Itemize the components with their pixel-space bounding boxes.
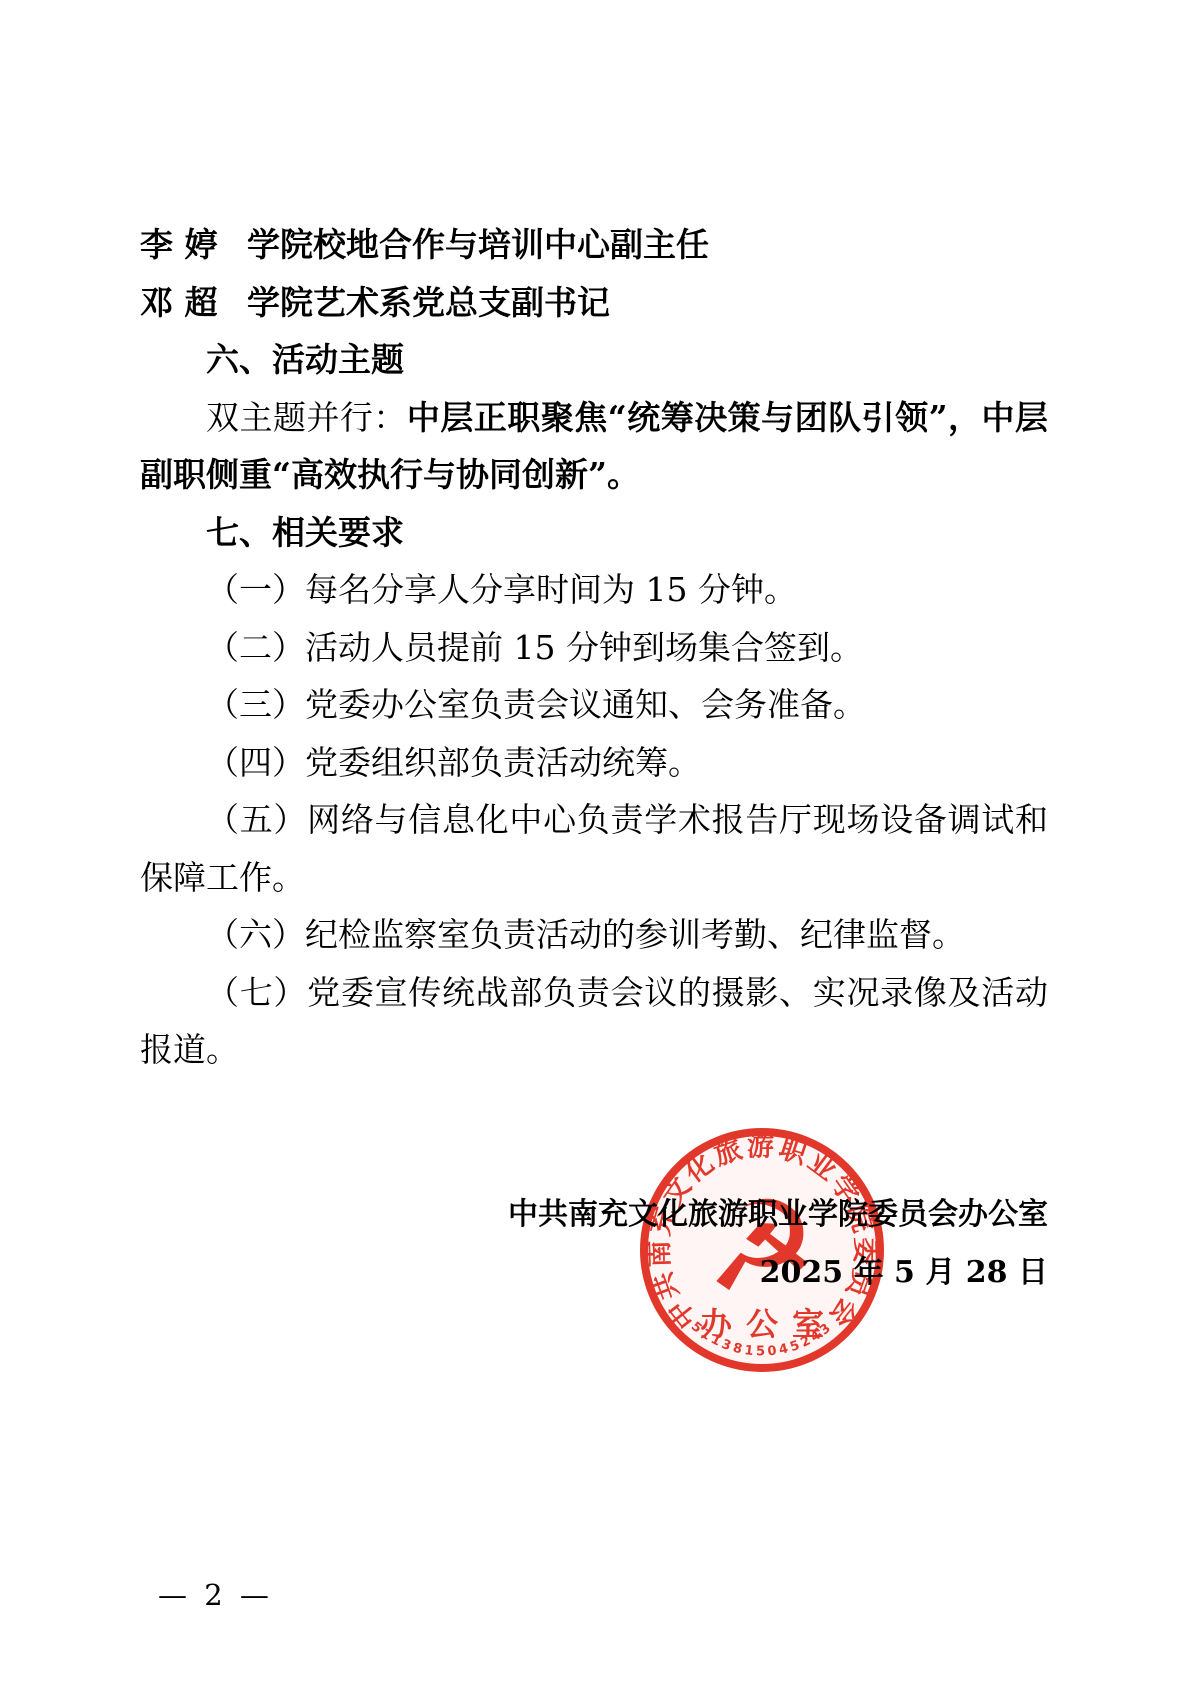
svg-text:5113815045243: 5113815045243 (688, 1319, 836, 1359)
seal-office-text: 办公室 (700, 1305, 838, 1343)
requirement-item: （七）党委宣传统战部负责会议的摄影、实况录像及活动报道。 (140, 964, 1048, 1079)
section-heading-requirements: 七、相关要求 (140, 504, 1048, 562)
requirement-item: （三）党委办公室负责会议通知、会务准备。 (140, 676, 1048, 734)
signature-org: 中共南充文化旅游职业学院委员会办公室 (140, 1193, 1048, 1237)
signature-date: 2025 年 5 月 28 日 (140, 1251, 1048, 1295)
attendee-title: 学院校地合作与培训中心副主任 (247, 225, 709, 264)
theme-paragraph: 双主题并行：中层正职聚焦“统筹决策与团队引领”，中层副职侧重“高效执行与协同创新… (140, 389, 1048, 504)
requirement-item: （二）活动人员提前 15 分钟到场集合签到。 (140, 619, 1048, 677)
seal-code-number: 5113815045243 (688, 1319, 836, 1359)
document-page: 李 婷 学院校地合作与培训中心副主任 邓 超 学院艺术系党总支副书记 六、活动主… (0, 0, 1191, 1684)
requirement-item: （一）每名分享人分享时间为 15 分钟。 (140, 561, 1048, 619)
attendee-title: 学院艺术系党总支副书记 (247, 283, 610, 322)
theme-lead: 双主题并行： (206, 398, 407, 437)
attendee-name: 邓 超 (140, 283, 218, 322)
page-number: — 2 — (158, 1578, 273, 1612)
requirement-item: （六）纪检监察室负责活动的参训考勤、纪律监督。 (140, 906, 1048, 964)
requirement-item: （五）网络与信息化中心负责学术报告厅现场设备调试和保障工作。 (140, 791, 1048, 906)
attendee-name: 李 婷 (140, 225, 218, 264)
document-body: 李 婷 学院校地合作与培训中心副主任 邓 超 学院艺术系党总支副书记 六、活动主… (140, 216, 1048, 1295)
attendee-row: 李 婷 学院校地合作与培训中心副主任 (140, 216, 1048, 274)
attendee-row: 邓 超 学院艺术系党总支副书记 (140, 274, 1048, 332)
signature-block: 中共南充文化旅游职业学院委员会办公室 2025 年 5 月 28 日 (140, 1193, 1048, 1295)
requirement-item: （四）党委组织部负责活动统筹。 (140, 734, 1048, 792)
section-heading-theme: 六、活动主题 (140, 331, 1048, 389)
